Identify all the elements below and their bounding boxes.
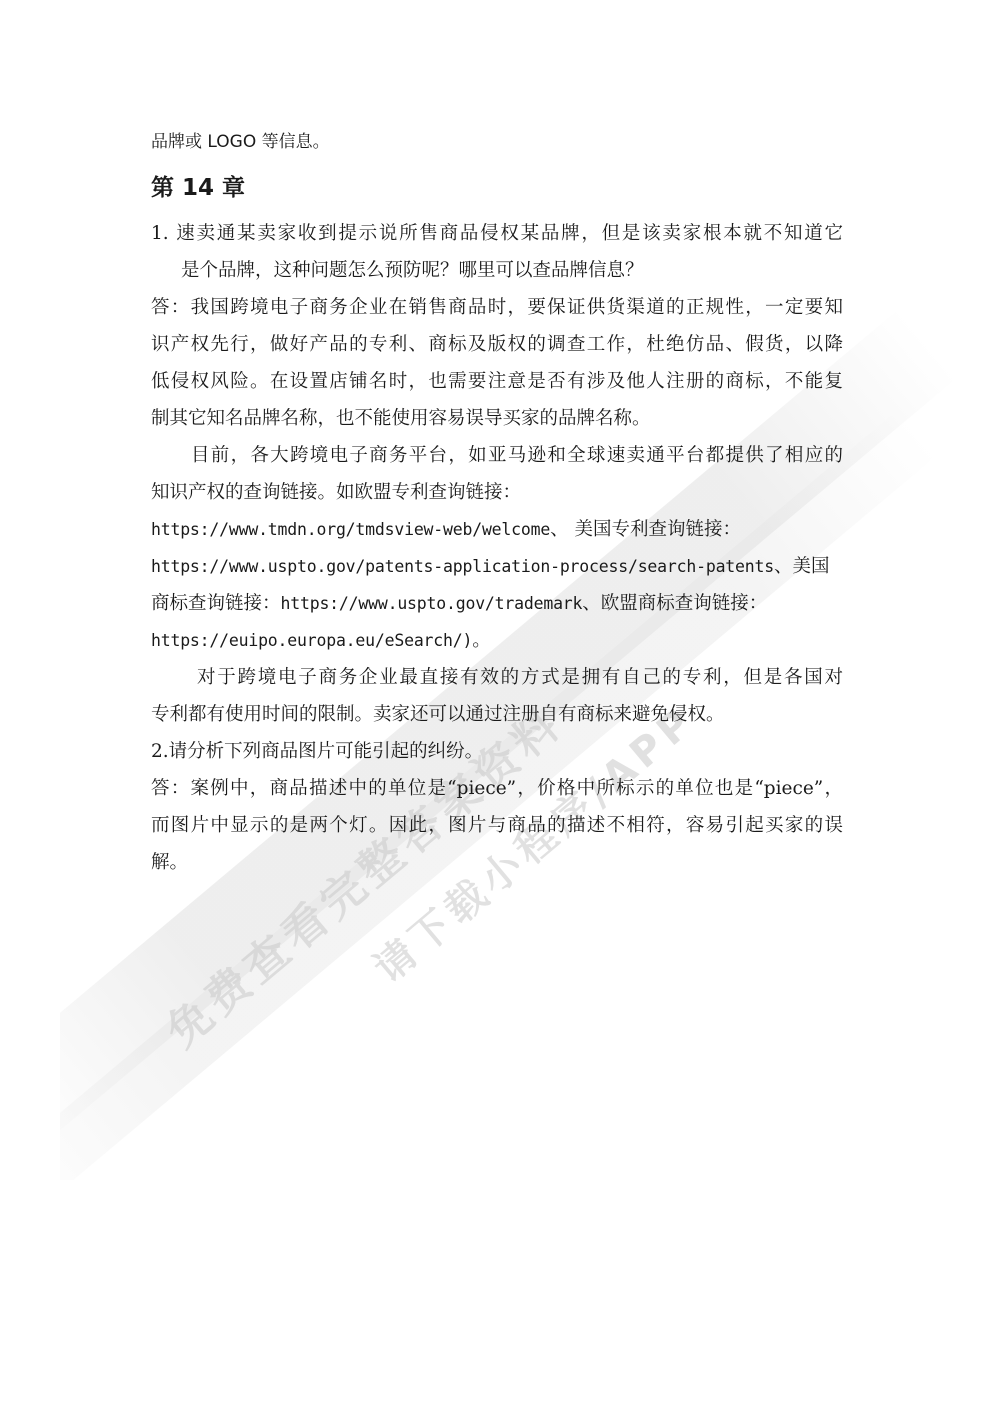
question-1-line-1: 1. 速卖通某卖家收到提示说所售商品侵权某品牌，但是该卖家根本就不知道它 bbox=[151, 215, 843, 252]
answer-1-p1-line: 答：我国跨境电子商务企业在销售商品时，要保证供货渠道的正规性，一定要知 bbox=[151, 289, 843, 326]
link-separator: 。 bbox=[472, 630, 491, 651]
answer-2-line: 解。 bbox=[151, 844, 843, 881]
link-line-eu-trademark: https://euipo.europa.eu/eSearch/)。 bbox=[151, 622, 843, 659]
chapter-heading: 第 14 章 bbox=[151, 161, 843, 215]
answer-1-p2-line: 知识产权的查询链接。如欧盟专利查询链接： bbox=[151, 474, 843, 511]
carryover-text: 品牌或 LOGO 等信息。 bbox=[151, 127, 843, 157]
link-separator: 、美国 bbox=[774, 556, 830, 577]
us-patent-link[interactable]: https://www.uspto.gov/patents-applicatio… bbox=[151, 557, 774, 576]
link-line-us-patent: https://www.uspto.gov/patents-applicatio… bbox=[151, 548, 843, 585]
document-body: 品牌或 LOGO 等信息。 第 14 章 1. 速卖通某卖家收到提示说所售商品侵… bbox=[151, 127, 843, 881]
answer-1-p1-line: 制其它知名品牌名称，也不能使用容易误导买家的品牌名称。 bbox=[151, 400, 843, 437]
answer-1-p3-line: 对于跨境电子商务企业最直接有效的方式是拥有自己的专利，但是各国对 bbox=[151, 659, 843, 696]
answer-1-p3-line: 专利都有使用时间的限制。卖家还可以通过注册自有商标来避免侵权。 bbox=[151, 696, 843, 733]
link-separator: 、 美国专利查询链接： bbox=[550, 519, 741, 540]
us-trademark-link[interactable]: https://www.uspto.gov/trademark bbox=[281, 594, 583, 613]
answer-1-p1-line: 低侵权风险。在设置店铺名时，也需要注意是否有涉及他人注册的商标，不能复 bbox=[151, 363, 843, 400]
answer-2-line: 而图片中显示的是两个灯。因此，图片与商品的描述不相符，容易引起买家的误 bbox=[151, 807, 843, 844]
eu-patent-link[interactable]: https://www.tmdn.org/tmdsview-web/welcom… bbox=[151, 520, 550, 539]
answer-2-line: 答：案例中，商品描述中的单位是“piece”，价格中所标示的单位也是“piece… bbox=[151, 770, 843, 807]
eu-trademark-link[interactable]: https://euipo.europa.eu/eSearch/) bbox=[151, 631, 472, 650]
link-line-eu-patent: https://www.tmdn.org/tmdsview-web/welcom… bbox=[151, 511, 843, 548]
us-trademark-label: 商标查询链接： bbox=[151, 593, 281, 614]
question-1-line-2: 是个品牌，这种问题怎么预防呢？哪里可以查品牌信息？ bbox=[151, 252, 843, 289]
answer-1-p1-line: 识产权先行，做好产品的专利、商标及版权的调查工作，杜绝仿品、假货，以降 bbox=[151, 326, 843, 363]
answer-1-p2-line: 目前，各大跨境电子商务平台，如亚马逊和全球速卖通平台都提供了相应的 bbox=[151, 437, 843, 474]
document-page: 免费查看完整答案资料 请下载小程序/APP 品牌或 LOGO 等信息。 第 14… bbox=[0, 0, 993, 1404]
question-2: 2.请分析下列商品图片可能引起的纠纷。 bbox=[151, 733, 843, 770]
link-separator: 、欧盟商标查询链接： bbox=[582, 593, 767, 614]
link-line-us-trademark: 商标查询链接：https://www.uspto.gov/trademark、欧… bbox=[151, 585, 843, 622]
